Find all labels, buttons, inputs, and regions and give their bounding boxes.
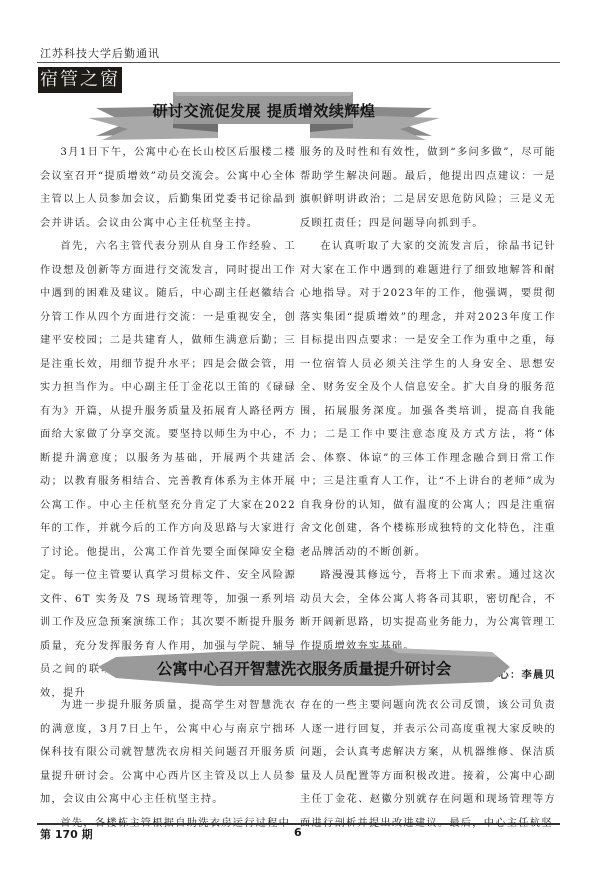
article1-right-column: 服务的及时性和有效性，做到“多问多做”，尽可能帮助学生解决问题。最后，他提出四点… [300,141,556,688]
header-rule [37,62,560,63]
paragraph: 存在的一些主要问题向洗衣公司反馈，该公司负责人逐一进行回复，并表示公司高度重视大… [300,694,556,835]
page-number: 6 [294,826,302,839]
article1-left-column: 3月1日下午，公寓中心在长山校区后服楼二楼会议室召开“提质增效”动员交流会。公寓… [40,141,296,705]
paragraph: 路漫漫其修远兮，吾将上下而求索。通过这次动员大会，全体公寓人将各司其职，密切配合… [300,564,556,658]
footer-rule [37,823,560,825]
paragraph: 3月1日下午，公寓中心在长山校区后服楼二楼会议室召开“提质增效”动员交流会。公寓… [40,141,296,235]
publication-title: 江苏科技大学后勤通讯 [40,45,160,61]
paragraph: 服务的及时性和有效性，做到“多问多做”，尽可能帮助学生解决问题。最后，他提出四点… [300,141,556,235]
article2-right-column: 存在的一些主要问题向洗衣公司反馈，该公司负责人逐一进行回复，并表示公司高度重视大… [300,694,556,835]
paragraph: 首先，六名主管代表分别从自身工作经验、工作设想及创新等方面进行交流发言，同时提出… [40,235,296,705]
article1-title: 研讨交流促发展 提质增效续辉煌 [78,100,450,121]
article1-banner: 研讨交流促发展 提质增效续辉煌 [78,90,450,140]
article2-banner: 公寓中心召开智慧洗衣服务质量提升研讨会 [98,648,510,686]
article2-left-column: 为进一步提升服务质量，提高学生对智慧洗衣的满意度，3月7日上午，公寓中心与南京宁… [40,694,296,835]
paragraph: 在认真听取了大家的交流发言后，徐晶书记针对大家在工作中遇到的难题进行了细致地解答… [300,235,556,564]
paragraph: 为进一步提升服务质量，提高学生对智慧洗衣的满意度，3月7日上午，公寓中心与南京宁… [40,694,296,812]
article2-title: 公寓中心召开智慧洗衣服务质量提升研讨会 [98,657,510,679]
issue-number: 第 170 期 [40,826,93,842]
